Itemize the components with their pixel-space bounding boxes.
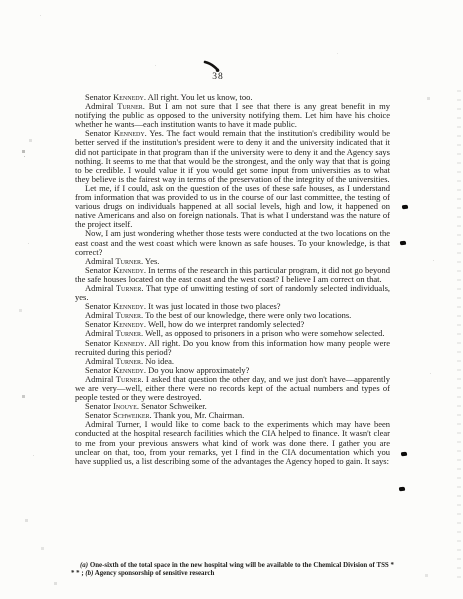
transcript-paragraph: Now, I am just wondering whether those t… bbox=[75, 229, 390, 256]
transcript-paragraph: Senator Kennedy. All right. Do you know … bbox=[75, 339, 390, 357]
transcript-paragraph: Senator Kennedy. In terms of the researc… bbox=[75, 266, 390, 284]
transcript-paragraph: Admiral Turner. I asked that question th… bbox=[75, 375, 390, 402]
speaker-name: Kennedy bbox=[114, 128, 145, 138]
speaker-title: Senator bbox=[85, 338, 114, 348]
speaker-title: Admiral bbox=[85, 101, 117, 111]
speaker-title: Admiral bbox=[85, 374, 116, 384]
speaker-title: Admiral bbox=[85, 283, 116, 293]
footnote: (a) One-sixth of the total space in the … bbox=[71, 562, 394, 578]
margin-mark bbox=[402, 205, 408, 210]
speaker-name: Turner bbox=[116, 283, 142, 293]
scanned-hearing-page: { "page": { "number": "38" }, "transcrip… bbox=[0, 0, 463, 599]
transcript: Senator Kennedy. All right. You let us k… bbox=[75, 93, 390, 466]
transcript-paragraph: Admiral Turner. That type of unwitting t… bbox=[75, 284, 390, 302]
transcript-paragraph: Admiral Turner. But I am not sure that I… bbox=[75, 102, 390, 129]
speaker-name: Kennedy bbox=[113, 265, 144, 275]
speaker-title: Senator bbox=[85, 128, 114, 138]
page-number: 38 bbox=[198, 72, 238, 82]
scan-edge-noise bbox=[457, 90, 461, 585]
speaker-name: Turner bbox=[117, 101, 143, 111]
speaker-name: Turner bbox=[116, 374, 142, 384]
speaker-name: Kennedy bbox=[114, 338, 145, 348]
margin-mark bbox=[401, 452, 407, 457]
footnote-text-b: Agency sponsorship of sensitive research bbox=[93, 570, 214, 577]
transcript-paragraph: Senator Kennedy. Yes. The fact would rem… bbox=[75, 129, 390, 184]
transcript-paragraph: Let me, if I could, ask on the question … bbox=[75, 184, 390, 229]
speaker-title: Senator bbox=[85, 265, 113, 275]
footnote-marker-a: (a) bbox=[80, 562, 88, 569]
scan-specks bbox=[0, 0, 1, 1]
margin-mark bbox=[399, 487, 405, 492]
margin-mark bbox=[400, 241, 406, 246]
transcript-paragraph: Admiral Turner, I would like to come bac… bbox=[75, 420, 390, 465]
